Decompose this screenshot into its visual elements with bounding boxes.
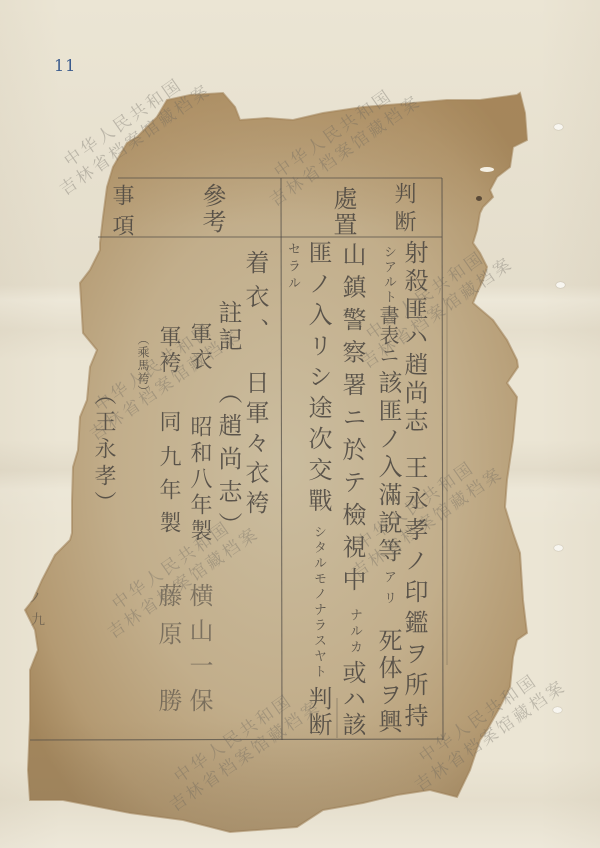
header-disposition: 處置: [331, 186, 355, 238]
punch-hole: [556, 282, 565, 288]
reference-line: 着衣、: [243, 250, 267, 352]
judgment-line: 或ハ該: [340, 660, 364, 738]
judgment-line: 死体ヲ興: [376, 628, 400, 736]
reference-line: 日軍々衣袴: [243, 370, 267, 520]
reference-line: 註記: [216, 300, 240, 354]
stain-dark-spot: [476, 196, 482, 201]
judgment-kana-note: アリ: [382, 570, 395, 612]
reference-line: 同: [157, 410, 179, 432]
reference-note: （乘馬袴）: [137, 333, 149, 398]
judgment-line: 判断: [306, 686, 330, 738]
judgment-line: 該匪ノ入滿說等: [376, 370, 400, 566]
judgment-kana-note: セラル: [286, 242, 299, 293]
reference-line: 軍衣: [188, 322, 210, 374]
reference-signature: 横山一保: [187, 583, 211, 723]
reference-line: 九年製: [157, 445, 179, 544]
judgment-line: 山鎮警察署ニ於テ檢視中: [340, 242, 364, 600]
reference-line: （趙尚志）: [216, 380, 240, 545]
edge-mark: 九: [30, 612, 44, 626]
header-matter: 事項: [110, 184, 132, 244]
punch-hole: [553, 707, 562, 713]
edge-mark: ノ: [27, 590, 41, 604]
stain-hole: [480, 167, 494, 172]
punch-hole: [554, 124, 563, 130]
judgment-line: 書表ニ: [378, 305, 398, 365]
reference-line: 昭和八年製: [188, 415, 210, 545]
stained-document-sheet: [0, 0, 600, 848]
header-reference: 參考: [200, 183, 224, 235]
judgment-kana-note: ナルカ: [348, 608, 361, 656]
reference-line: 軍袴: [157, 325, 179, 377]
reference-name: （王永孝）: [92, 383, 114, 518]
judgment-line: 匪ノ入リシ途次交戰: [306, 240, 330, 519]
judgment-line: 射殺匪ハ趙尚志: [402, 240, 426, 436]
page-number: 11: [54, 56, 76, 75]
judgment-kana-note: シアルト: [382, 245, 395, 305]
header-judgment: 判断: [392, 182, 414, 238]
reference-signature: 勝: [156, 688, 180, 712]
judgment-line: 王永孝ノ印鑑ヲ所持: [402, 455, 426, 734]
punch-hole: [554, 545, 563, 551]
judgment-kana-note: シタルモノナラスヤト: [312, 525, 325, 680]
reference-signature: 藤原: [156, 583, 180, 659]
